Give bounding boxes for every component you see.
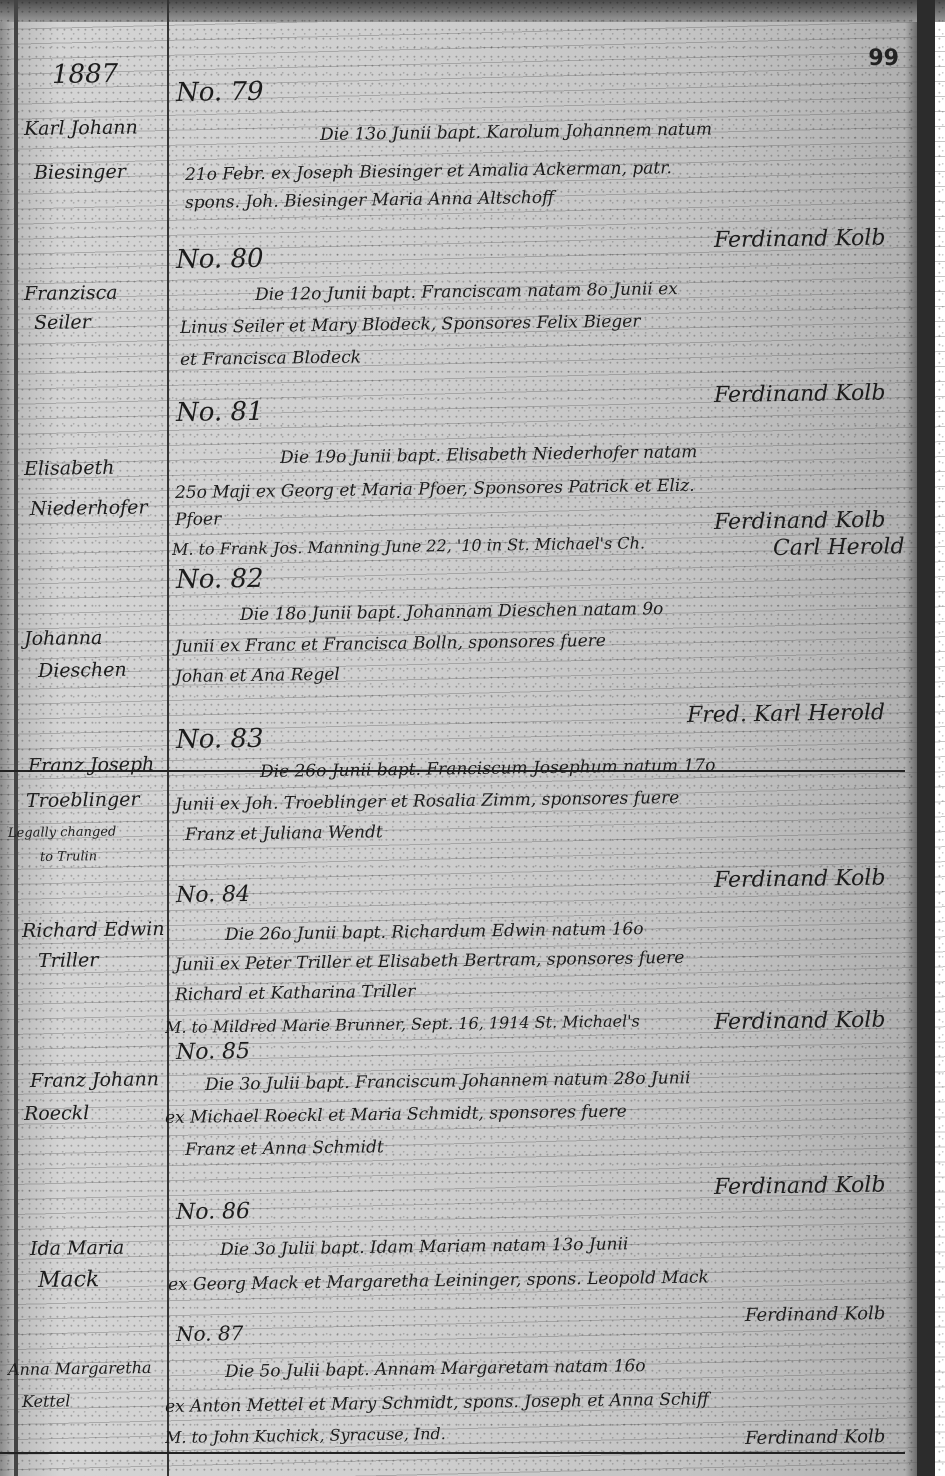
entry-number: No. 81 <box>176 397 264 428</box>
entry-line: Die 3o Julii bapt. Franciscum Johannem n… <box>205 1068 691 1095</box>
entry-number: No. 87 <box>176 1321 244 1346</box>
margin-name: Troeblinger <box>26 788 140 812</box>
priest-signature: Ferdinand Kolb <box>713 508 885 535</box>
margin-name: Franzisca <box>24 282 118 305</box>
priest-signature: Ferdinand Kolb <box>713 1173 885 1200</box>
marriage-note: M. to Frank Jos. Manning June 22, '10 in… <box>172 533 645 559</box>
name-change-note: Legally changed <box>8 824 117 841</box>
margin-name: Triller <box>38 949 99 972</box>
entry-line: Pfoer <box>175 509 221 530</box>
margin-name: Franz Johann <box>30 1068 159 1092</box>
register-page: 99 1887 No. 79 Karl Johann Biesinger Die… <box>0 0 945 1476</box>
margin-name: Richard Edwin <box>22 918 165 942</box>
margin-name: Karl Johann <box>24 116 138 140</box>
name-change-note: to Trulin <box>40 849 97 865</box>
margin-name: Dieschen <box>38 659 127 682</box>
entry-line: Franz et Juliana Wendt <box>185 822 383 845</box>
entry-line: Junii ex Peter Triller et Elisabeth Bert… <box>175 948 685 975</box>
entry-line: ex Georg Mack et Margaretha Leininger, s… <box>168 1267 709 1295</box>
margin-column-rule <box>167 0 169 1476</box>
entry-line: Linus Seiler et Mary Blodeck, Sponsores … <box>180 312 641 338</box>
entry-line: Die 26o Junii bapt. Richardum Edwin natu… <box>225 919 644 945</box>
scan-top-shadow <box>0 0 945 22</box>
priest-signature: Ferdinand Kolb <box>713 866 885 893</box>
priest-signature: Ferdinand Kolb <box>745 1303 886 1326</box>
entry-line: 25o Maji ex Georg et Maria Pfoer, Sponso… <box>175 476 695 503</box>
scan-right-shadow <box>917 0 935 1476</box>
entry-number: No. 84 <box>176 882 250 908</box>
entry-line: Die 19o Junii bapt. Elisabeth Niederhofe… <box>280 442 698 468</box>
margin-name: Elisabeth <box>24 457 115 480</box>
margin-name: Biesinger <box>34 161 126 184</box>
margin-name: Niederhofer <box>30 496 148 520</box>
entry-line: Richard et Katharina Triller <box>175 982 416 1005</box>
priest-signature: Ferdinand Kolb <box>713 226 885 253</box>
priest-signature: Ferdinand Kolb <box>745 1426 886 1449</box>
entry-line: 21o Febr. ex Joseph Biesinger et Amalia … <box>185 158 672 185</box>
entry-line: Die 13o Junii bapt. Karolum Johannem nat… <box>320 120 712 145</box>
entry-line: Junii ex Joh. Troeblinger et Rosalia Zim… <box>175 788 679 815</box>
margin-name: Mack <box>38 1267 100 1293</box>
entry-line: Die 26o Junii bapt. Franciscum Josephum … <box>260 756 716 782</box>
marriage-note: M. to Mildred Marie Brunner, Sept. 16, 1… <box>165 1011 640 1037</box>
entry-number: No. 80 <box>176 244 264 275</box>
entry-number: No. 85 <box>176 1039 250 1065</box>
margin-name: Roeckl <box>24 1102 90 1125</box>
ruled-line <box>0 1452 905 1454</box>
entry-line: Johan et Ana Regel <box>175 665 340 687</box>
entry-line: Die 18o Junii bapt. Johannam Dieschen na… <box>240 599 664 625</box>
entry-line: ex Michael Roeckl et Maria Schmidt, spon… <box>165 1102 627 1128</box>
margin-name: Anna Margaretha <box>8 1358 152 1379</box>
entry-number: No. 83 <box>176 724 264 755</box>
entry-line: Junii ex Franc et Francisca Bolln, spons… <box>175 631 606 657</box>
entry-line: Die 5o Julii bapt. Annam Margaretam nata… <box>225 1356 646 1382</box>
page-number: 99 <box>868 46 899 71</box>
margin-name: Seiler <box>34 311 91 334</box>
entry-number: No. 82 <box>176 564 264 595</box>
entry-line: et Francisca Blodeck <box>180 347 361 370</box>
binding-edge-line <box>14 0 18 1476</box>
entry-line: spons. Joh. Biesinger Maria Anna Altscho… <box>185 188 554 213</box>
margin-name: Johanna <box>24 627 103 650</box>
entry-line: Die 12o Junii bapt. Franciscam natam 8o … <box>255 279 678 305</box>
register-year: 1887 <box>52 59 119 90</box>
entry-line: Franz et Anna Schmidt <box>185 1137 384 1160</box>
entry-line: ex Anton Mettel et Mary Schmidt, spons. … <box>165 1389 709 1417</box>
entry-number: No. 86 <box>176 1199 250 1225</box>
entry-number: No. 79 <box>176 77 264 108</box>
entry-line: Die 3o Julii bapt. Idam Mariam natam 13o… <box>220 1234 629 1260</box>
marriage-note: M. to John Kuchick, Syracuse, Ind. <box>165 1424 446 1447</box>
note-signature: Carl Herold <box>773 534 905 561</box>
priest-signature: Ferdinand Kolb <box>713 381 885 408</box>
priest-signature: Fred. Karl Herold <box>687 700 885 728</box>
margin-name: Ida Maria <box>30 1237 125 1260</box>
priest-signature: Ferdinand Kolb <box>713 1008 885 1035</box>
margin-name: Franz Joseph <box>28 753 155 777</box>
margin-name: Kettel <box>22 1391 71 1411</box>
